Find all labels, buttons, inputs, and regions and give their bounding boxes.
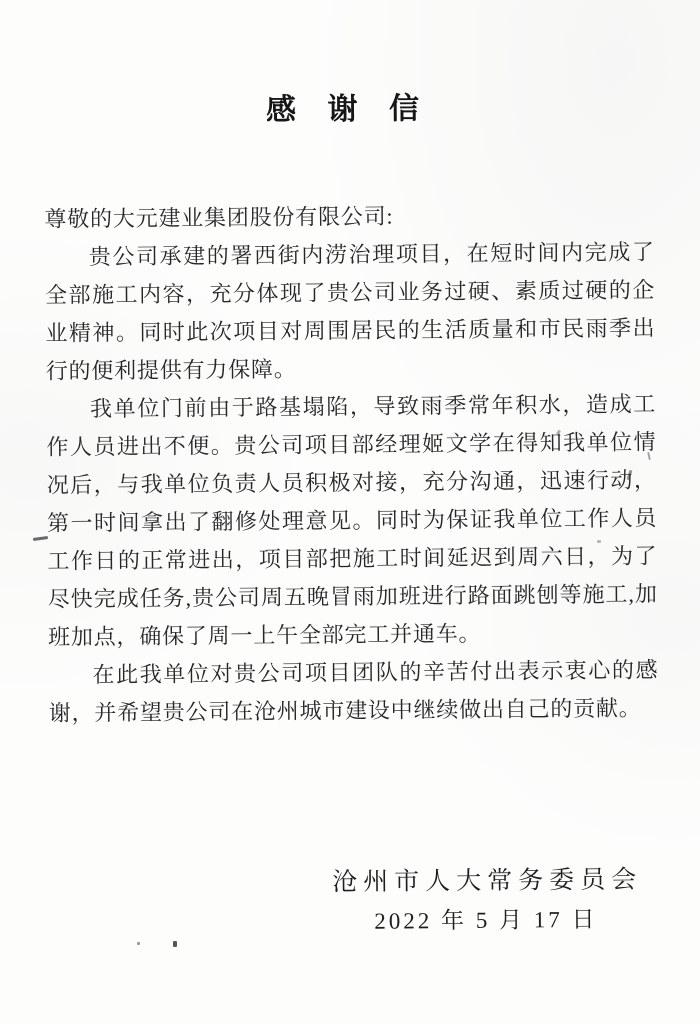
scan-speckle	[428, 560, 431, 564]
scan-speckle	[137, 942, 140, 945]
scanned-letter-page: 感 谢 信 尊敬的大元建业集团股份有限公司: 贵公司承建的署西街内涝治理项目，在…	[0, 0, 700, 1024]
paragraph-3: 在此我单位对贵公司项目团队的辛苦付出表示衷心的感谢，并希望贵公司在沧州城市建设中…	[48, 651, 659, 732]
salutation: 尊敬的大元建业集团股份有限公司:	[44, 195, 654, 238]
scan-speckle	[173, 941, 177, 947]
paragraph-1: 贵公司承建的署西街内涝治理项目，在短时间内完成了全部施工内容，充分体现了贵公司业…	[45, 233, 656, 390]
letter-title: 感 谢 信	[43, 89, 653, 130]
scan-speckle	[597, 540, 601, 543]
signature-date: 2022 年 5 月 17 日	[50, 901, 597, 944]
paragraph-2: 我单位门前由于路基塌陷，导致雨季常年积水，造成工作人员进出不便。贵公司项目部经理…	[46, 385, 658, 656]
signature-organization: 沧州市人大常务委员会	[50, 862, 642, 903]
letter-body: 感 谢 信 尊敬的大元建业集团股份有限公司: 贵公司承建的署西街内涝治理项目，在…	[0, 0, 700, 944]
